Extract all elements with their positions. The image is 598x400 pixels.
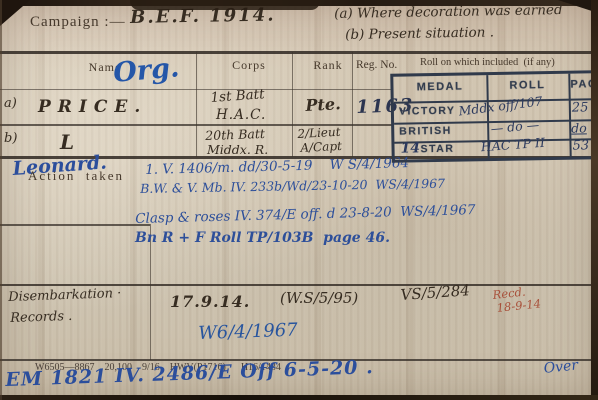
action-line-3: Clasp & roses IV. 374/E off. d 23-8-20 W… — [135, 202, 476, 227]
campaign-label: Campaign :— — [30, 14, 126, 31]
col-header-rank: Rank — [298, 58, 358, 73]
star-prefix-entry: 14 — [400, 140, 420, 156]
row-a-corps-line2: H.A.C. — [216, 107, 266, 123]
medal-index-card: Campaign :— B.E.F. 1914. (a) Where decor… — [0, 0, 598, 400]
over-note: Over — [543, 357, 579, 377]
row-b-corps-line1: 20th Batt — [205, 126, 265, 143]
card-edge-top-smudge — [130, 0, 320, 10]
medal-label-star: STAR — [420, 143, 454, 156]
star-page-entry: 53 — [572, 138, 589, 153]
disembarkation-label-line1: Disembarkation · — [8, 286, 122, 305]
row-b-name: L — [60, 130, 74, 154]
divider-name-corps — [196, 52, 197, 157]
medal-label-british: BRITISH — [399, 125, 452, 138]
row-a-corps-line1: 1st Batt — [210, 86, 265, 106]
row-a-margin: a) — [4, 96, 17, 111]
medal-label-victory: VICTORY — [399, 105, 456, 118]
medal-roll-stamp-box: MEDAL ROLL PAGE VICTORY BRITISH STAR Mdd… — [390, 70, 598, 163]
victory-roll-entry: Mddx off/107 — [458, 93, 543, 118]
row-a-rank: Pte. — [305, 94, 341, 115]
star-roll-entry: HAC TP II — [480, 135, 545, 154]
divider-corps-rank — [292, 52, 293, 157]
disembarkation-label-line2: Records . — [10, 309, 73, 326]
name-annotation: Org. — [112, 52, 180, 89]
stamp-header-roll: ROLL — [486, 79, 568, 92]
british-page-entry: do — [571, 120, 587, 135]
disembarkation-blue-reference: W6/4/1967 — [198, 320, 298, 344]
row-b-rank-line2: A/Capt — [300, 139, 342, 155]
victory-page-entry: 25 — [572, 100, 589, 115]
action-line-2: B.W. & V. Mb. IV. 233b/Wd/23-10-20 WS/4/… — [140, 176, 445, 196]
disembarkation-ref-2: VS/5/284 — [400, 281, 470, 304]
col-header-corps: Corps — [214, 58, 284, 73]
col-header-reg-no: Reg. No. — [356, 59, 397, 71]
british-roll-entry: — do — — [490, 117, 540, 136]
card-edge-right — [591, 0, 598, 400]
disembarkation-ref-1: (W.S/5/95) — [280, 289, 358, 307]
card-edge-left — [0, 0, 2, 400]
note-b: (b) Present situation . — [345, 24, 494, 43]
action-line-4: Bn R + F Roll TP/103B page 46. — [135, 230, 390, 246]
rule-action-left — [0, 224, 150, 226]
card-corner-top-left — [0, 0, 30, 26]
stamp-header-medal: MEDAL — [393, 80, 486, 94]
disembarkation-date: 17.9.14. — [170, 292, 250, 311]
rule-under-campaign — [0, 51, 598, 54]
card-edge-bottom — [0, 395, 598, 400]
row-a-name: PRICE. — [38, 97, 147, 117]
row-b-corps-line2: Middx. R. — [207, 142, 268, 157]
col-header-roll: Roll on which included (if any) — [420, 57, 555, 68]
action-label: Action taken — [28, 168, 124, 184]
action-line-1: 1. V. 1406/m. dd/30-5-19 W S/4/1964 — [145, 155, 409, 178]
row-b-margin: b) — [4, 131, 17, 146]
